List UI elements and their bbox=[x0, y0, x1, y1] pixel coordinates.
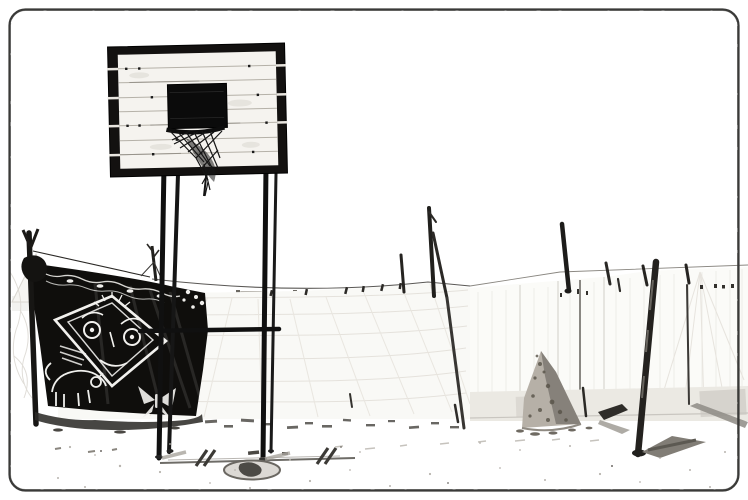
beach-basketball-photo: Black and white photograph of a handmade… bbox=[0, 0, 748, 500]
backboard-target-square bbox=[167, 83, 227, 128]
cloth-panels bbox=[470, 267, 748, 421]
crossbar bbox=[140, 329, 279, 331]
